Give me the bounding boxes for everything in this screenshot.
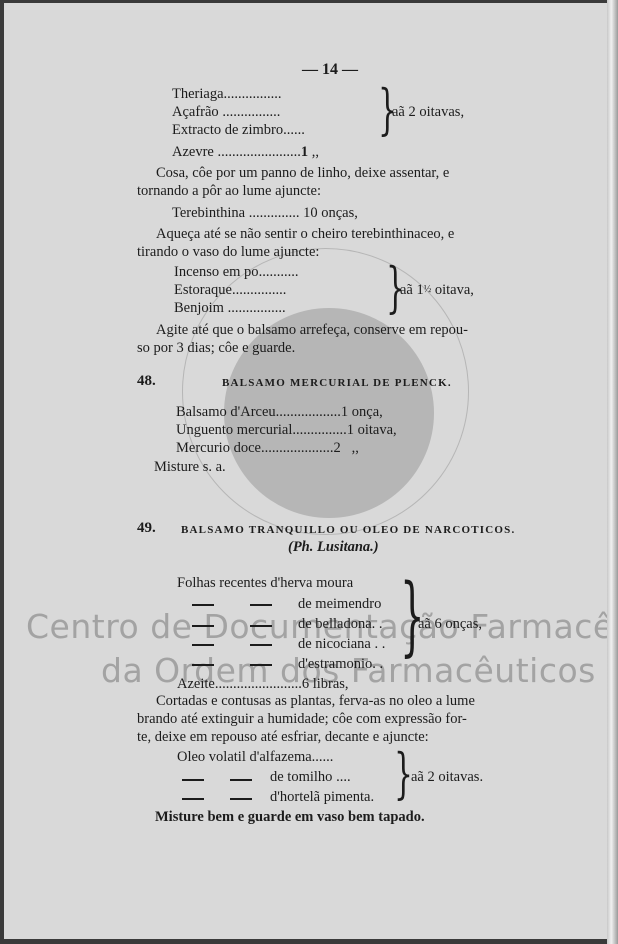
section-48-instruction: Misture s. a.	[154, 458, 226, 476]
section-48-number: 48.	[137, 372, 156, 390]
ingredient-estramonio: d'estramonio. .	[298, 655, 383, 673]
section-48-title: BALSAMO MERCURIAL DE PLENCK.	[222, 374, 452, 392]
ingredient-balsamo-arceu: Balsamo d'Arceu..................1 onça,	[176, 403, 383, 421]
oil-hortela-pimenta: d'hortelã pimenta.	[270, 788, 374, 806]
ditto-dash	[250, 625, 272, 627]
ditto-dash	[230, 779, 252, 781]
ditto-dash	[182, 779, 204, 781]
ditto-dash	[230, 798, 252, 800]
paragraph-2-line-2: tirando o vaso do lume ajuncte:	[137, 243, 319, 261]
oil-alfazema: Oleo volatil d'alfazema......	[177, 748, 333, 766]
ingredient-unguento-mercurial: Unguento mercurial...............1 oitav…	[176, 421, 397, 439]
ingredient-extracto-zimbro: Extracto de zimbro......	[172, 121, 305, 139]
group-2-quantity: aã 1½ oitava,	[400, 281, 474, 299]
ingredient-incenso: Incenso em po...........	[174, 263, 298, 281]
section-49-number: 49.	[137, 519, 156, 537]
paragraph-49-line-3: te, deixe em repouso até esfriar, decant…	[137, 728, 429, 746]
ingredient-theriaga: Theriaga................	[172, 85, 282, 103]
section-49-title: BALSAMO TRANQUILLO OU OLEO DE NARCOTICOS…	[181, 521, 515, 539]
group-1-quantity: aã 2 oitavas,	[392, 103, 464, 121]
paragraph-49-line-2: brando até extinguir a humidade; côe com…	[137, 710, 467, 728]
ditto-dash	[192, 644, 214, 646]
ingredient-meimendro: de meimendro	[298, 595, 381, 613]
ingredient-belladona: de belladona. .	[298, 615, 383, 633]
oil-tomilho: de tomilho ....	[270, 768, 351, 786]
ingredient-benjoim: Benjoim ................	[174, 299, 286, 317]
ingredient-terebinthina: Terebinthina .............. 10 onças,	[172, 204, 358, 222]
ingredient-azevre: Azevre .......................1 ,,	[172, 143, 319, 161]
ditto-dash	[250, 604, 272, 606]
page-number: — 14 —	[302, 61, 358, 79]
ingredient-azeite: Azeite........................6 libras,	[177, 675, 349, 693]
page-content: — 14 — Theriaga................ Açafrão …	[4, 3, 607, 939]
section-49-closing: Misture bem e guarde em vaso bem tapado.	[155, 808, 425, 826]
section-49-subtitle: (Ph. Lusitana.)	[288, 538, 379, 556]
ingredient-mercurio-doce: Mercurio doce....................2 ,,	[176, 439, 359, 457]
ingredient-herva-moura: Folhas recentes d'herva moura	[177, 574, 353, 592]
ingredient-estoraque: Estoraque...............	[174, 281, 286, 299]
ingredient-acafrao: Açafrão ................	[172, 103, 280, 121]
ditto-dash	[192, 664, 214, 666]
paragraph-1-line-2: tornando a pôr ao lume ajuncte:	[137, 182, 321, 200]
paragraph-49-line-1: Cortadas e contusas as plantas, ferva-as…	[156, 692, 475, 710]
ingredient-nicociana: de nicociana . .	[298, 635, 385, 653]
page-edge	[607, 0, 618, 944]
book-page: Centro de Documentação Farmacêutica da O…	[4, 3, 607, 939]
ditto-dash	[250, 664, 272, 666]
ditto-dash	[192, 604, 214, 606]
group-49-quantity: aã 6 onças,	[418, 615, 482, 633]
paragraph-1-line-1: Cosa, côe por um panno de linho, deixe a…	[156, 164, 449, 182]
paragraph-2-line-1: Aqueça até se não sentir o cheiro terebi…	[156, 225, 454, 243]
paragraph-3-line-1: Agite até que o balsamo arrefeça, conser…	[156, 321, 468, 339]
ditto-dash	[192, 625, 214, 627]
ditto-dash	[182, 798, 204, 800]
paragraph-3-line-2: so por 3 dias; côe e guarde.	[137, 339, 295, 357]
oils-quantity: aã 2 oitavas.	[411, 768, 483, 786]
ditto-dash	[250, 644, 272, 646]
